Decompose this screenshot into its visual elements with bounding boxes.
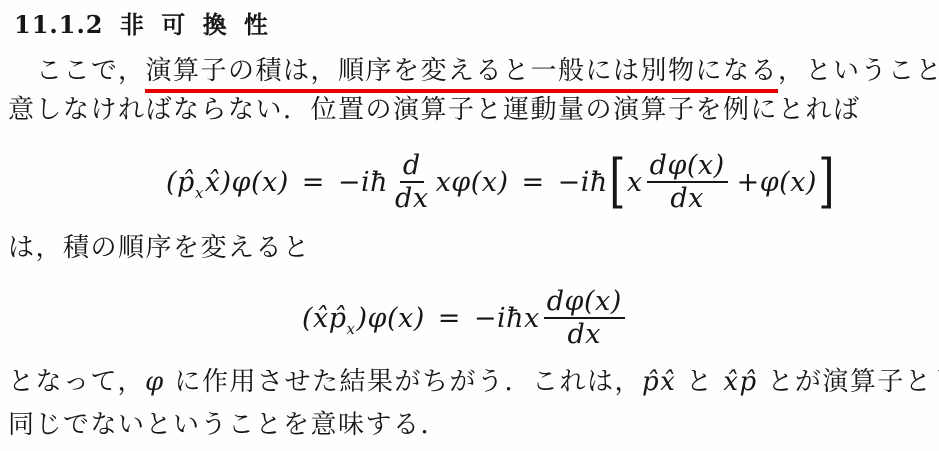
eq1-plus-phi: +φ(x) [737,167,817,198]
equals-sign: = [438,303,461,334]
paragraph-1-line-1: ここで，演算子の積は，順序を変えると一般には別物になる，ということに注 [36,50,939,93]
paragraph-1-post: ，ということに注 [778,56,939,86]
equals-sign: = [522,167,545,198]
section-title: 11.1.2 非 可 換 性 [14,5,269,40]
subscript-x: x [347,320,356,338]
equation-x-hat-p-hat: (x̂p̂x)φ(x) = −iħx dφ(x) dx [302,282,629,354]
fraction-dphi-dx: dφ(x) dx [647,150,728,214]
eq1-bracket-x: x [627,167,643,198]
operator-x-hat-p-hat: x̂p̂ [723,367,757,397]
paragraph-3-t2: に作用させた結果がちがう．これは， [165,367,642,397]
paragraph-1-pre: ここで， [36,56,145,86]
paragraph-3-t4: とが演算子として [758,367,939,397]
eq1-neg-i-hbar-2: −iħ [558,167,608,198]
paragraph-3-line-2: 同じでないということを意味する． [8,404,448,441]
eq1-neg-i-hbar-1: −iħ [338,167,388,198]
phi-symbol: φ [145,367,165,397]
eq1-lhs: (p̂xx̂)φ(x) [166,167,289,198]
right-bracket: ] [818,157,835,206]
subscript-x: x [195,184,204,202]
red-underline-emphasis: 演算子の積は，順序を変えると一般には別物になる [145,50,778,93]
fraction-numerator: dφ(x) [647,150,728,183]
paragraph-3-t1: となって， [8,367,145,397]
paragraph-3-t3: と [676,367,723,397]
paragraph-1-line-2: 意しなければならない．位置の演算子と運動量の演算子を例にとれば [8,89,861,126]
fraction-numerator: d [400,150,424,183]
left-bracket: [ [609,157,626,206]
operator-p-hat-x-hat: p̂x̂ [642,367,676,397]
equals-sign: = [302,167,325,198]
paragraph-2: は，積の順序を変えると [8,227,311,264]
fraction-denominator: dx [564,319,604,350]
fraction-denominator: dx [392,183,432,214]
fraction-numerator: dφ(x) [544,286,625,319]
eq2-neg-i-hbar-x: −iħx [474,303,540,334]
equation-p-hat-x-hat: (p̂xx̂)φ(x) = −iħ d dx xφ(x) = −iħ [ x d… [166,144,836,220]
eq2-lhs: (x̂p̂x)φ(x) [302,303,425,334]
textbook-page: 11.1.2 非 可 換 性 ここで，演算子の積は，順序を変えると一般には別物に… [0,0,939,451]
fraction-dphi-dx: dφ(x) dx [544,286,625,350]
fraction-d-dx: d dx [392,150,432,214]
fraction-denominator: dx [667,183,707,214]
paragraph-3-line-1: となって，φ に作用させた結果がちがう．これは，p̂x̂ と x̂p̂ とが演算… [8,361,939,398]
eq1-mid-term: xφ(x) [436,167,509,198]
